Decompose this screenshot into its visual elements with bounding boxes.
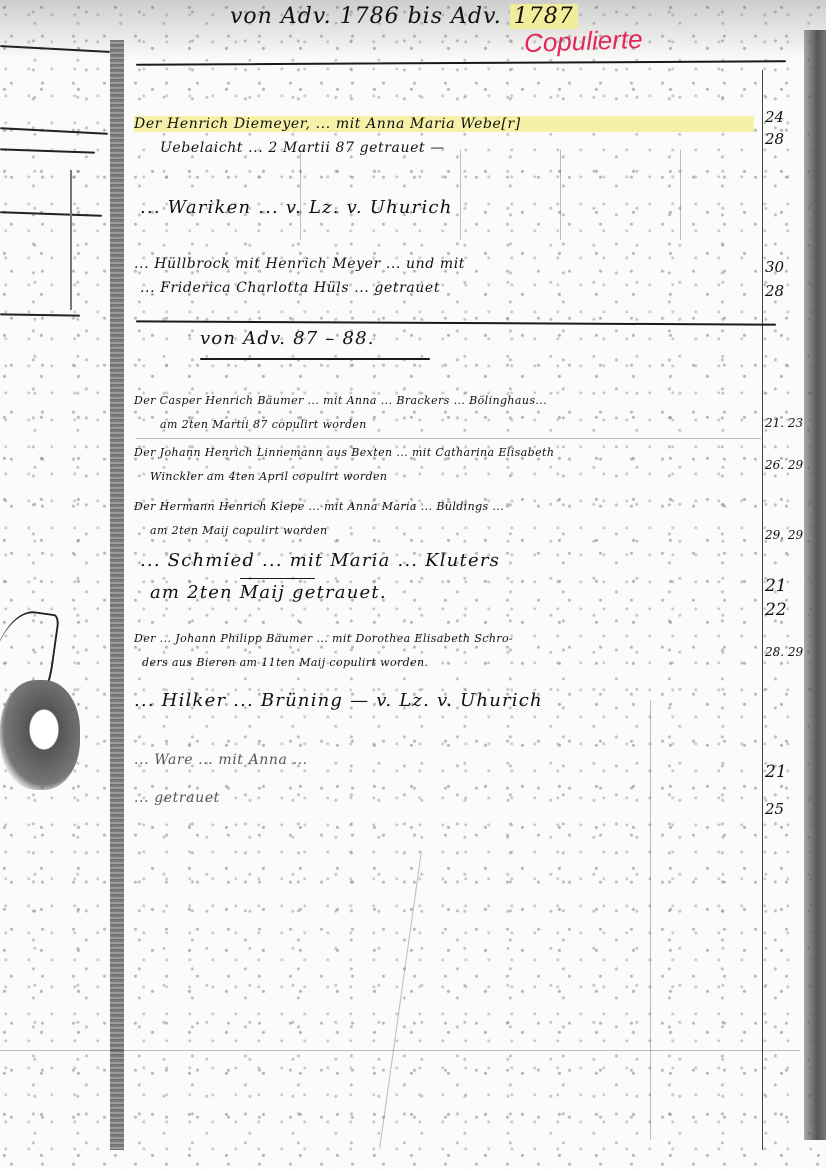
section-rule	[136, 320, 776, 325]
scan-crease	[379, 851, 422, 1148]
header-year-highlighted: 1787	[510, 4, 578, 29]
scan-fold-line	[0, 1050, 800, 1051]
ruled-line	[0, 45, 110, 53]
ruled-line	[0, 313, 80, 316]
entry-6-number: 29. 29	[765, 528, 803, 542]
entry-10-line-1: ... Ware ... mit Anna ...	[134, 752, 759, 768]
entry-1-number-b: 28	[765, 130, 784, 148]
entry-1-line-1: Der Henrich Diemeyer, ... mit Anna Maria…	[134, 116, 754, 132]
entry-10-number-b: 25	[765, 800, 784, 818]
entry-8-line-2: ders aus Bieren am 11ten Maij copulirt w…	[142, 656, 767, 669]
page-header: von Adv. 1786 bis Adv. 1787	[230, 4, 578, 29]
section-heading: von Adv. 87 – 88.	[200, 328, 500, 349]
entry-9-line-1: ... Hilker ... Brüning — v. Lz. v. Uhuri…	[134, 690, 759, 711]
annotation-copulierte: Copulierte	[523, 24, 643, 59]
entry-10-number-a: 21	[765, 762, 787, 782]
left-facing-page	[0, 0, 110, 1150]
ruled-line	[0, 127, 108, 135]
section-heading-underline	[200, 358, 430, 360]
scan-crease	[650, 700, 651, 1140]
entry-3-number-a: 30	[765, 258, 784, 276]
ink-blot	[0, 680, 80, 790]
header-range: von Adv. 1786 bis Adv.	[230, 4, 502, 29]
scan-streak	[560, 150, 561, 240]
entry-4-line-1: Der Casper Henrich Bäumer ... mit Anna .…	[134, 394, 759, 407]
entry-5-number: 26. 29	[765, 458, 803, 472]
entry-7-line-2: am 2ten Maij getrauet.	[150, 582, 550, 603]
column-line	[70, 170, 72, 310]
entry-7-number-a: 21	[765, 576, 787, 596]
entry-2-line-1: ... Wariken ... v. Lz. v. Uhurich	[140, 197, 765, 218]
margin-line	[762, 70, 763, 1150]
scan-streak	[460, 150, 461, 240]
entry-6-line-2: am 2ten Maij copulirt worden	[150, 524, 775, 537]
ruled-line	[0, 211, 102, 217]
entry-4-number: 21. 23	[765, 416, 803, 430]
entry-10-line-2: ... getrauet	[134, 790, 759, 806]
scan-streak	[300, 150, 301, 240]
name-underline	[240, 578, 315, 579]
ruled-line	[0, 148, 95, 153]
page-edge-shadow	[804, 30, 826, 1140]
header-rule	[136, 60, 786, 65]
ruled-line	[136, 438, 761, 439]
entry-5-line-1: Der Johann Henrich Linnemann aus Bexten …	[134, 446, 759, 459]
entry-8-line-1: Der ... Johann Philipp Bäumer ... mit Do…	[134, 632, 759, 645]
entry-3-line-1: ... Hüllbrock mit Henrich Meyer ... und …	[134, 256, 759, 272]
entry-7-line-1: ... Schmied ... mit Maria ... Kluters	[140, 550, 765, 571]
entry-7-number-b: 22	[765, 600, 787, 620]
entry-3-number-b: 28	[765, 282, 784, 300]
entry-3-line-2: ... Friderica Charlotta Hüls ... getraue…	[140, 280, 765, 296]
book-binding-gutter	[110, 40, 124, 1150]
entry-5-line-2: Winckler am 4ten April copulirt worden	[150, 470, 775, 483]
scan-streak	[680, 150, 681, 240]
entry-8-number: 28. 29	[765, 645, 803, 659]
entry-4-line-2: am 2ten Martii 87 copulirt worden	[160, 418, 785, 431]
entry-1-line-2: Uebelaicht ... 2 Martii 87 getrauet —	[160, 140, 560, 156]
entry-1-number-a: 24	[765, 108, 784, 126]
entry-6-line-1: Der Hermann Henrich Kiepe ... mit Anna M…	[134, 500, 759, 513]
